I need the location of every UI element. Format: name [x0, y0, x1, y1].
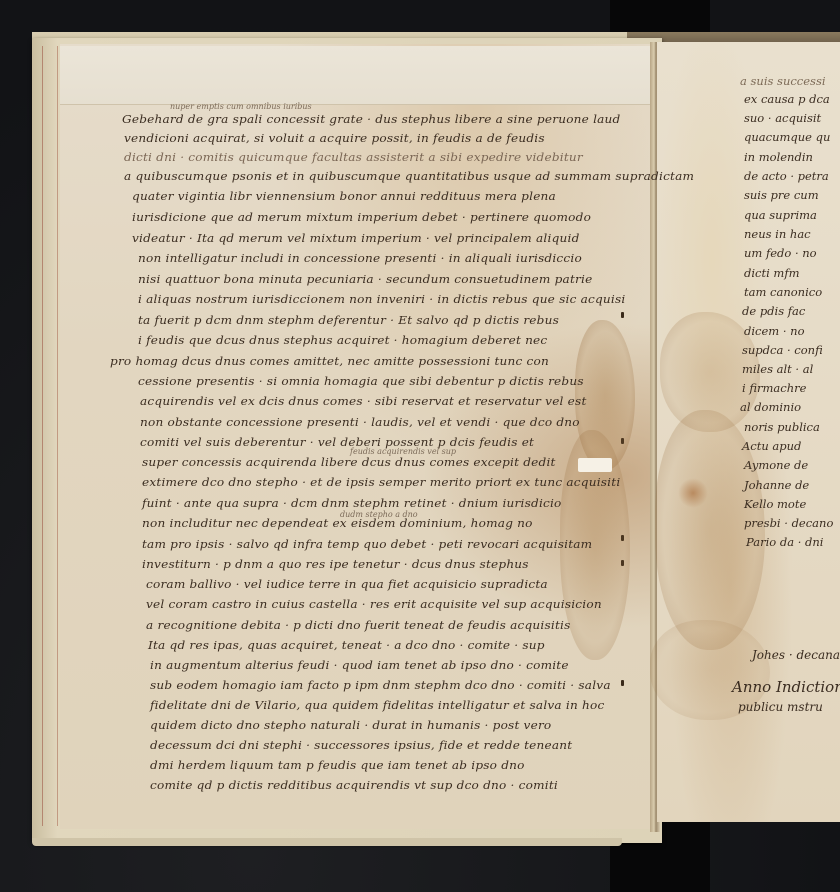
text-line: neus in hac [744, 227, 811, 241]
text-line: Pario da · dni [746, 535, 823, 549]
text-line: extimere dco dno stepho · et de ipsis se… [142, 475, 620, 489]
text-line: vendicioni acquirat, si voluit a acquire… [124, 131, 545, 145]
text-line: de pdis fac [742, 304, 805, 318]
text-line: iurisdicione que ad merum mixtum imperiu… [132, 210, 591, 224]
text-line: in molendin [744, 150, 813, 164]
text-line: de acto · petra [744, 169, 829, 183]
text-line: dicti dni · comitis quicumque facultas a… [124, 150, 583, 164]
interlinear-gloss: dudm stepho a dno [340, 510, 418, 519]
text-line: acquirendis vel ex dcis dnus comes · sib… [140, 394, 587, 408]
text-line: suo · acquisit [744, 111, 821, 125]
text-line: Johanne de [744, 478, 809, 492]
text-line: fidelitate dni de Vilario, qua quidem fi… [150, 698, 604, 712]
text-line: cessione presentis · si omnia homagia qu… [138, 374, 584, 388]
text-line: ta fuerit p dcm dnm stephm deferentur · … [138, 313, 559, 327]
text-line: a quibuscumque psonis et in quibuscumque… [124, 169, 694, 183]
text-line: nisi quattuor bona minuta pecuniaria · s… [138, 272, 592, 286]
notary-line: publicu mstru [738, 700, 823, 714]
text-line: presbi · decano [744, 516, 833, 530]
text-line: in augmentum alterius feudi · quod iam t… [150, 658, 569, 672]
interlinear-gloss: nuper emptis cum omnibus iuribus [170, 102, 312, 111]
text-line: ex causa p dca [744, 92, 830, 106]
text-line: a recognitione debita · p dicti dno fuer… [146, 618, 570, 632]
right-text-block: a suis successi ex causa p dca suo · acq… [740, 70, 840, 590]
binding-bottom-edge [32, 838, 622, 846]
text-line: decessum dci dni stephi · successores ip… [150, 738, 572, 752]
parchment-hole [578, 458, 612, 472]
text-line: um fedo · no [744, 246, 817, 260]
text-line: quater vigintia libr viennensium bonor a… [132, 189, 556, 203]
text-line: suis pre cum [744, 188, 819, 202]
text-line: fuint · ante qua supra · dcm dnm stephm … [142, 496, 562, 510]
notary-line: Johes · decana [752, 648, 840, 662]
text-line: tam canonico [744, 285, 822, 299]
text-line: quidem dicto dno stepho naturali · durat… [150, 718, 551, 732]
text-line: super concessis acquirenda libere dcus d… [142, 455, 556, 469]
text-line: vel coram castro in cuius castella · res… [146, 597, 602, 611]
interlinear-gloss: feudis acquirendis vel sup [350, 447, 456, 456]
text-line: Aymone de [744, 458, 808, 472]
text-line: i firmachre [742, 381, 806, 395]
text-line: noris publica [744, 420, 820, 434]
text-line: miles alt · al [742, 362, 813, 376]
text-line: a suis successi [740, 74, 826, 88]
text-line: pro homag dcus dnus comes amittet, nec a… [110, 354, 549, 368]
text-line: investiturn · p dnm a quo res ipe tenetu… [142, 557, 529, 571]
text-line: dicem · no [744, 324, 805, 338]
text-line: Gebehard de gra spali concessit grate · … [122, 112, 620, 126]
text-line: Ita qd res ipas, quas acquiret, teneat ·… [148, 638, 545, 652]
text-line: videatur · Ita qd merum vel mixtum imper… [132, 231, 580, 245]
foxing-spot [678, 478, 708, 508]
top-margin-strip [60, 46, 652, 105]
text-line: comite qd p dictis redditibus acquirendi… [150, 778, 558, 792]
text-line: non intelligatur includi in concessione … [138, 251, 582, 265]
text-line: sub eodem homagio iam facto p ipm dnm st… [150, 678, 611, 692]
text-line: comiti vel suis deberentur · vel deberi … [140, 435, 534, 449]
text-line: Actu apud [742, 439, 801, 453]
text-line: non includitur nec dependeat ex eisdem d… [142, 516, 533, 530]
text-line: supdca · confi [742, 343, 823, 357]
text-line: i feudis que dcus dnus stephus acquiret … [138, 333, 547, 347]
text-line: Kello mote [744, 497, 806, 511]
text-line: qua suprima [744, 208, 817, 222]
text-line: dicti mfm [744, 266, 800, 280]
text-line: i aliquas nostrum iurisdiccionem non inv… [138, 292, 625, 306]
text-line: non obstante concessione presenti · laud… [140, 415, 580, 429]
text-line: dmi herdem liquum tam p feudis que iam t… [150, 758, 525, 772]
binding-stitch [621, 680, 624, 686]
page-edge-lines [42, 46, 58, 826]
text-line: tam pro ipsis · salvo qd infra temp quo … [142, 537, 592, 551]
text-line: quacumque qu [744, 130, 830, 144]
text-line: coram ballivo · vel iudice terre in qua … [146, 577, 548, 591]
notary-line: Anno Indiction [732, 678, 840, 696]
binding-stitch [621, 312, 624, 318]
text-line: al dominio [740, 400, 801, 414]
